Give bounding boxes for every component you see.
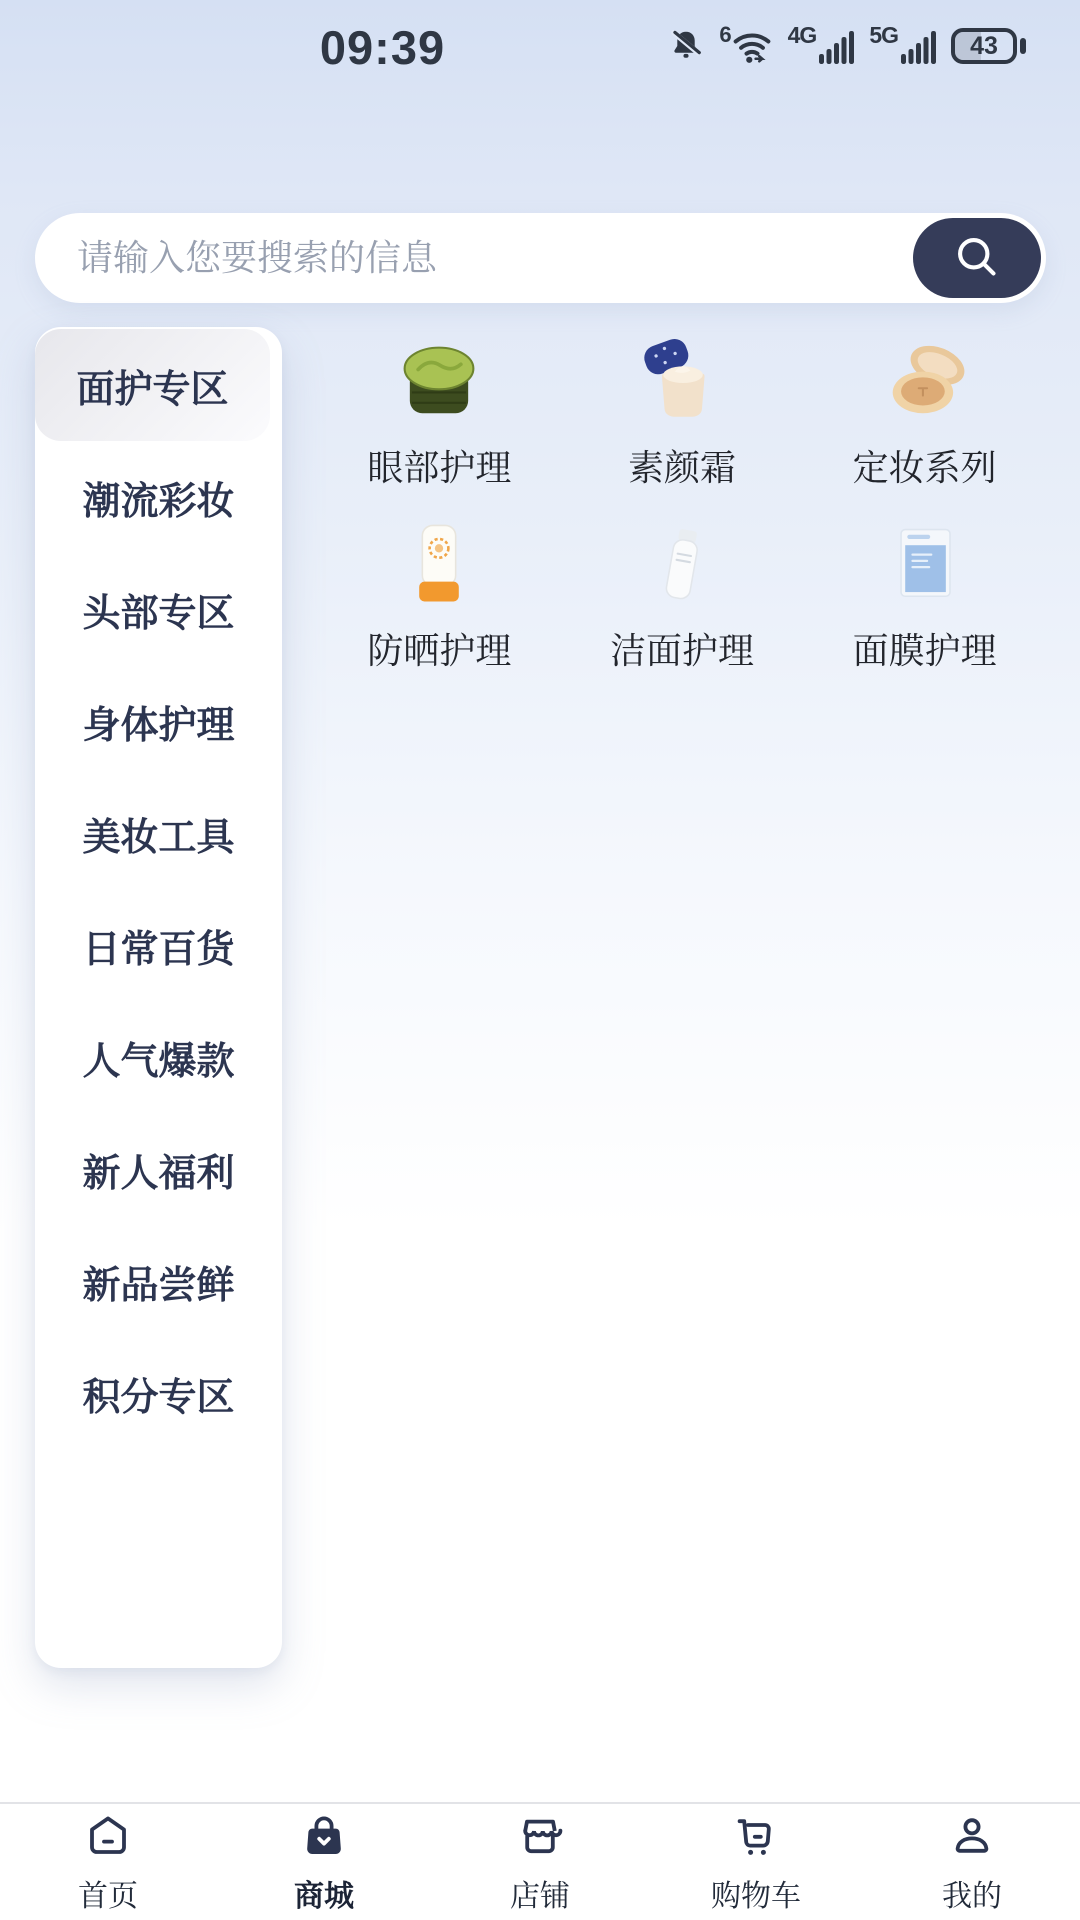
sidebar-item-points-zone[interactable]: 积分专区 (35, 1337, 282, 1449)
sidebar-item-label: 身体护理 (82, 694, 234, 749)
nav-label: 商城 (294, 1871, 354, 1915)
category-tile-eye-care[interactable]: 眼部护理 (318, 332, 561, 491)
wifi-icon: 6 (719, 26, 773, 66)
store-icon (516, 1812, 564, 1865)
nav-item-mall[interactable]: 商城 (216, 1804, 432, 1920)
category-label: 面膜护理 (853, 623, 997, 674)
clock: 09:39 (280, 20, 485, 75)
category-tile-setting-powder[interactable]: 定妆系列 (803, 332, 1046, 491)
status-bar: 09:39 6 4 (0, 0, 1080, 84)
sidebar-item-label: 潮流彩妆 (82, 470, 234, 525)
sidebar-item-label: 新人福利 (82, 1142, 234, 1197)
powder-compact-image (875, 332, 975, 432)
face-mask-pack-image (875, 515, 975, 615)
sidebar-item-label: 人气爆款 (82, 1030, 234, 1085)
search-bar (35, 213, 1046, 303)
status-icons: 6 4G 5G (667, 24, 1026, 68)
nav-label: 购物车 (711, 1871, 801, 1915)
category-label: 眼部护理 (367, 440, 511, 491)
sidebar-item-label: 美妆工具 (82, 806, 234, 861)
screen: 09:39 6 4 (0, 0, 1080, 1920)
search-input[interactable] (35, 213, 913, 303)
battery-icon: 43 (951, 28, 1026, 64)
sunscreen-bottle-image (389, 515, 489, 615)
nav-label: 首页 (78, 1871, 138, 1915)
nav-item-home[interactable]: 首页 (0, 1804, 216, 1920)
notifications-off-icon (667, 27, 705, 65)
sidebar-item-popular[interactable]: 人气爆款 (35, 1001, 282, 1113)
bottom-nav: 首页 商城 店铺 (0, 1802, 1080, 1920)
category-tile-sunscreen[interactable]: 防晒护理 (318, 515, 561, 674)
sidebar-item-label: 新品尝鲜 (82, 1254, 234, 1309)
category-tile-bare-face-cream[interactable]: 素颜霜 (561, 332, 804, 491)
nav-label: 我的 (942, 1871, 1002, 1915)
category-label: 防晒护理 (367, 623, 511, 674)
person-icon (948, 1812, 996, 1865)
category-tile-face-mask[interactable]: 面膜护理 (803, 515, 1046, 674)
category-grid: 眼部护理 素颜霜 (318, 332, 1046, 674)
battery-percent: 43 (970, 32, 998, 61)
sidebar-item-newcomer-benefits[interactable]: 新人福利 (35, 1113, 282, 1225)
bag-icon (300, 1812, 348, 1865)
category-sidebar: 面护专区 潮流彩妆 头部专区 身体护理 美妆工具 日常百货 人气爆款 新人福利 … (35, 327, 282, 1668)
sidebar-item-face-care[interactable]: 面护专区 (35, 329, 270, 441)
sidebar-item-label: 面护专区 (76, 358, 228, 413)
category-label: 定妆系列 (853, 440, 997, 491)
eye-patch-jar-image (389, 332, 489, 432)
nav-item-profile[interactable]: 我的 (864, 1804, 1080, 1920)
category-label: 洁面护理 (610, 623, 754, 674)
sidebar-item-trend-makeup[interactable]: 潮流彩妆 (35, 441, 282, 553)
sidebar-item-hair-care[interactable]: 头部专区 (35, 553, 282, 665)
sidebar-item-label: 日常百货 (82, 918, 234, 973)
category-tile-cleanser[interactable]: 洁面护理 (561, 515, 804, 674)
sidebar-item-new-arrivals[interactable]: 新品尝鲜 (35, 1225, 282, 1337)
category-label: 素颜霜 (628, 440, 736, 491)
signal-4g-icon: 4G (788, 26, 856, 66)
nav-label: 店铺 (510, 1871, 570, 1915)
search-button[interactable] (913, 218, 1041, 298)
sidebar-item-body-care[interactable]: 身体护理 (35, 665, 282, 777)
cleanser-tube-image (632, 515, 732, 615)
search-icon (951, 231, 1003, 286)
sidebar-item-label: 积分专区 (82, 1366, 234, 1421)
cart-icon (732, 1812, 780, 1865)
nav-item-shop[interactable]: 店铺 (432, 1804, 648, 1920)
sidebar-item-daily-goods[interactable]: 日常百货 (35, 889, 282, 1001)
signal-5g-icon: 5G (869, 26, 937, 66)
sidebar-item-beauty-tools[interactable]: 美妆工具 (35, 777, 282, 889)
cream-jar-image (632, 332, 732, 432)
nav-item-cart[interactable]: 购物车 (648, 1804, 864, 1920)
sidebar-item-label: 头部专区 (82, 582, 234, 637)
home-icon (84, 1812, 132, 1865)
